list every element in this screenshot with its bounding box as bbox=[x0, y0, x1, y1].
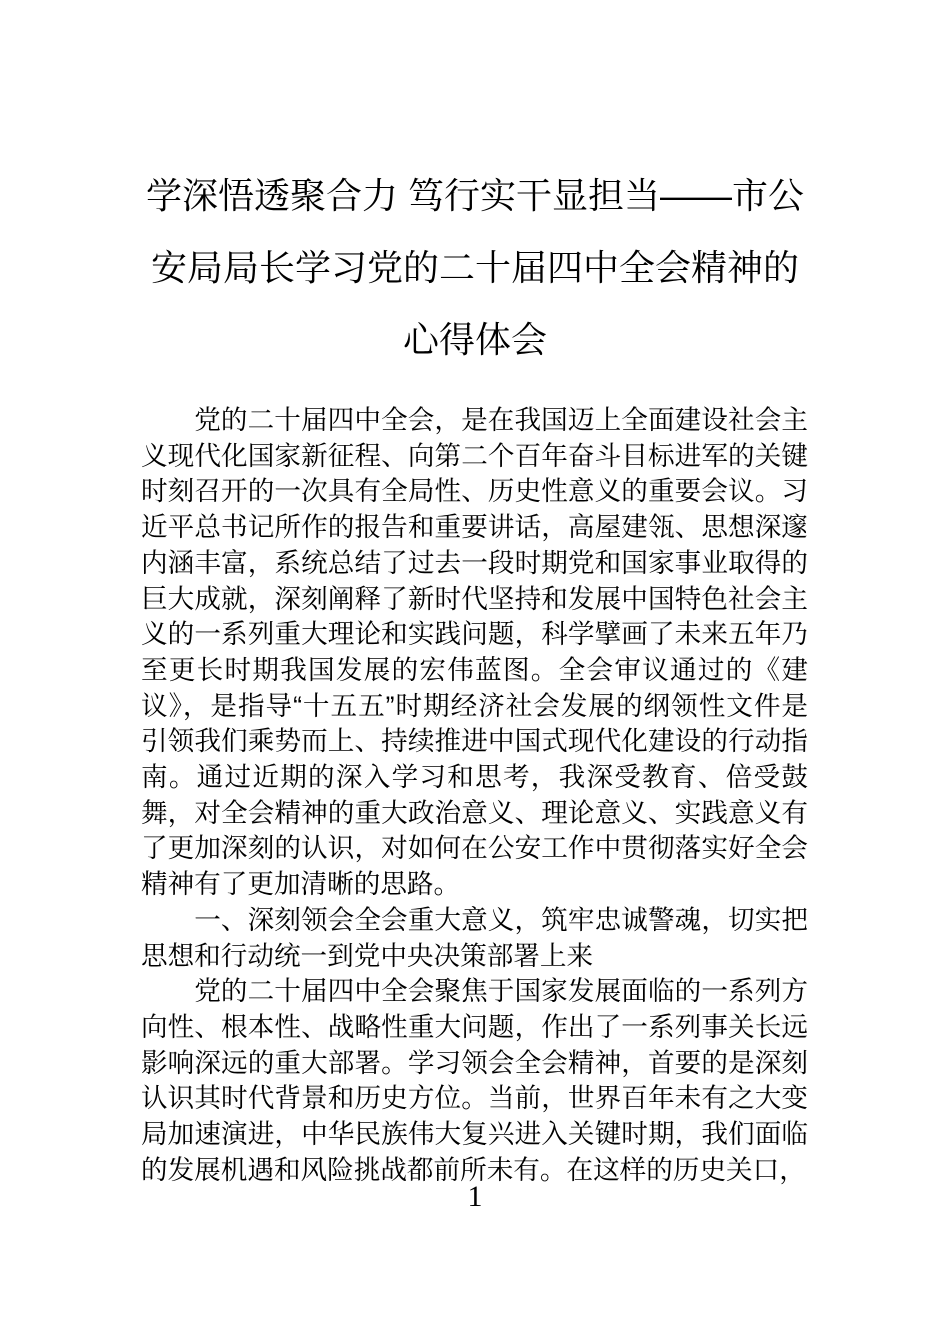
section-heading-1: 一、深刻领会全会重大意义，筑牢忠诚警魂，切实把思想和行动统一到党中央决策部署上来 bbox=[141, 903, 808, 974]
document-body: 党的二十届四中全会，是在我国迈上全面建设社会主义现代化国家新征程、向第二个百年奋… bbox=[141, 403, 808, 1188]
document-title: 学深悟透聚合力 笃行实干显担当——市公安局局长学习党的二十届四中全会精神的心得体… bbox=[141, 160, 809, 376]
page-number: 1 bbox=[468, 1180, 483, 1213]
page-footer: 1 bbox=[0, 1182, 950, 1212]
paragraph-section-1-body: 党的二十届四中全会聚焦于国家发展面临的一系列方向性、根本性、战略性重大问题，作出… bbox=[141, 974, 808, 1188]
paragraph-intro: 党的二十届四中全会，是在我国迈上全面建设社会主义现代化国家新征程、向第二个百年奋… bbox=[141, 403, 808, 903]
document-page: 学深悟透聚合力 笃行实干显担当——市公安局局长学习党的二十届四中全会精神的心得体… bbox=[0, 0, 950, 1344]
